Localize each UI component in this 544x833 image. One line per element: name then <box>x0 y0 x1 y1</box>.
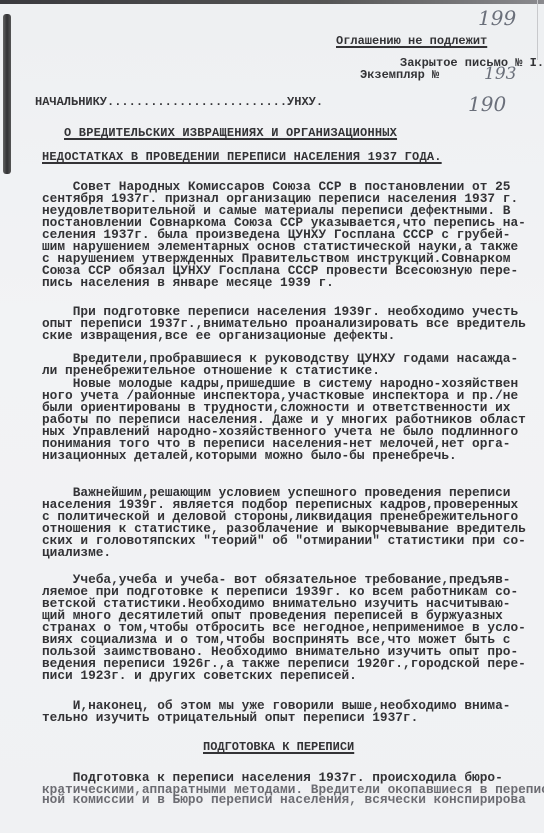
title-line-1: О ВРЕДИТЕЛЬСКИХ ИЗВРАЩЕНИЯХ И ОРГАНИЗАЦИ… <box>64 127 397 139</box>
restriction-note: Оглашению не подлежит <box>336 35 487 47</box>
scan-top-edge <box>0 0 544 4</box>
archive-sheet-number: 199 <box>478 6 516 30</box>
paragraph-6-line: писи 1923г. и других советских переписей… <box>42 670 357 682</box>
scanned-page: 199 Оглашению не подлежит Закрытое письм… <box>0 0 544 833</box>
copy-number: 193 <box>484 64 516 84</box>
final-paragraph-line: ной комиссии и в Бюро переписи населения… <box>42 794 526 806</box>
paragraph-5-line: циализме. <box>42 547 111 559</box>
section-heading: ПОДГОТОВКА К ПЕРЕПИСИ <box>203 741 354 753</box>
secondary-sheet-number: 190 <box>468 92 506 116</box>
title-line-2: НЕДОСТАТКАХ В ПРОВЕДЕНИИ ПЕРЕПИСИ НАСЕЛЕ… <box>42 151 442 163</box>
binding-shadow <box>3 14 11 174</box>
paragraph-1-line: пись населения в январе месяце 1939 г. <box>42 277 334 289</box>
paragraph-7-line: тельно изучить отрицательный опыт перепи… <box>42 712 418 724</box>
addressee-line: НАЧАЛЬНИКУ.........................УНХУ. <box>35 96 323 108</box>
paragraph-5-line: ских и головотяпских "теорий" об "отмира… <box>42 535 526 547</box>
paragraph-4-line: низационных деталей,которыми можно было-… <box>42 450 457 462</box>
paragraph-2-line: ские извращения,все ее организационые де… <box>42 330 395 342</box>
page-fold-line <box>537 0 538 60</box>
copy-label: Экземпляр № <box>360 69 439 81</box>
